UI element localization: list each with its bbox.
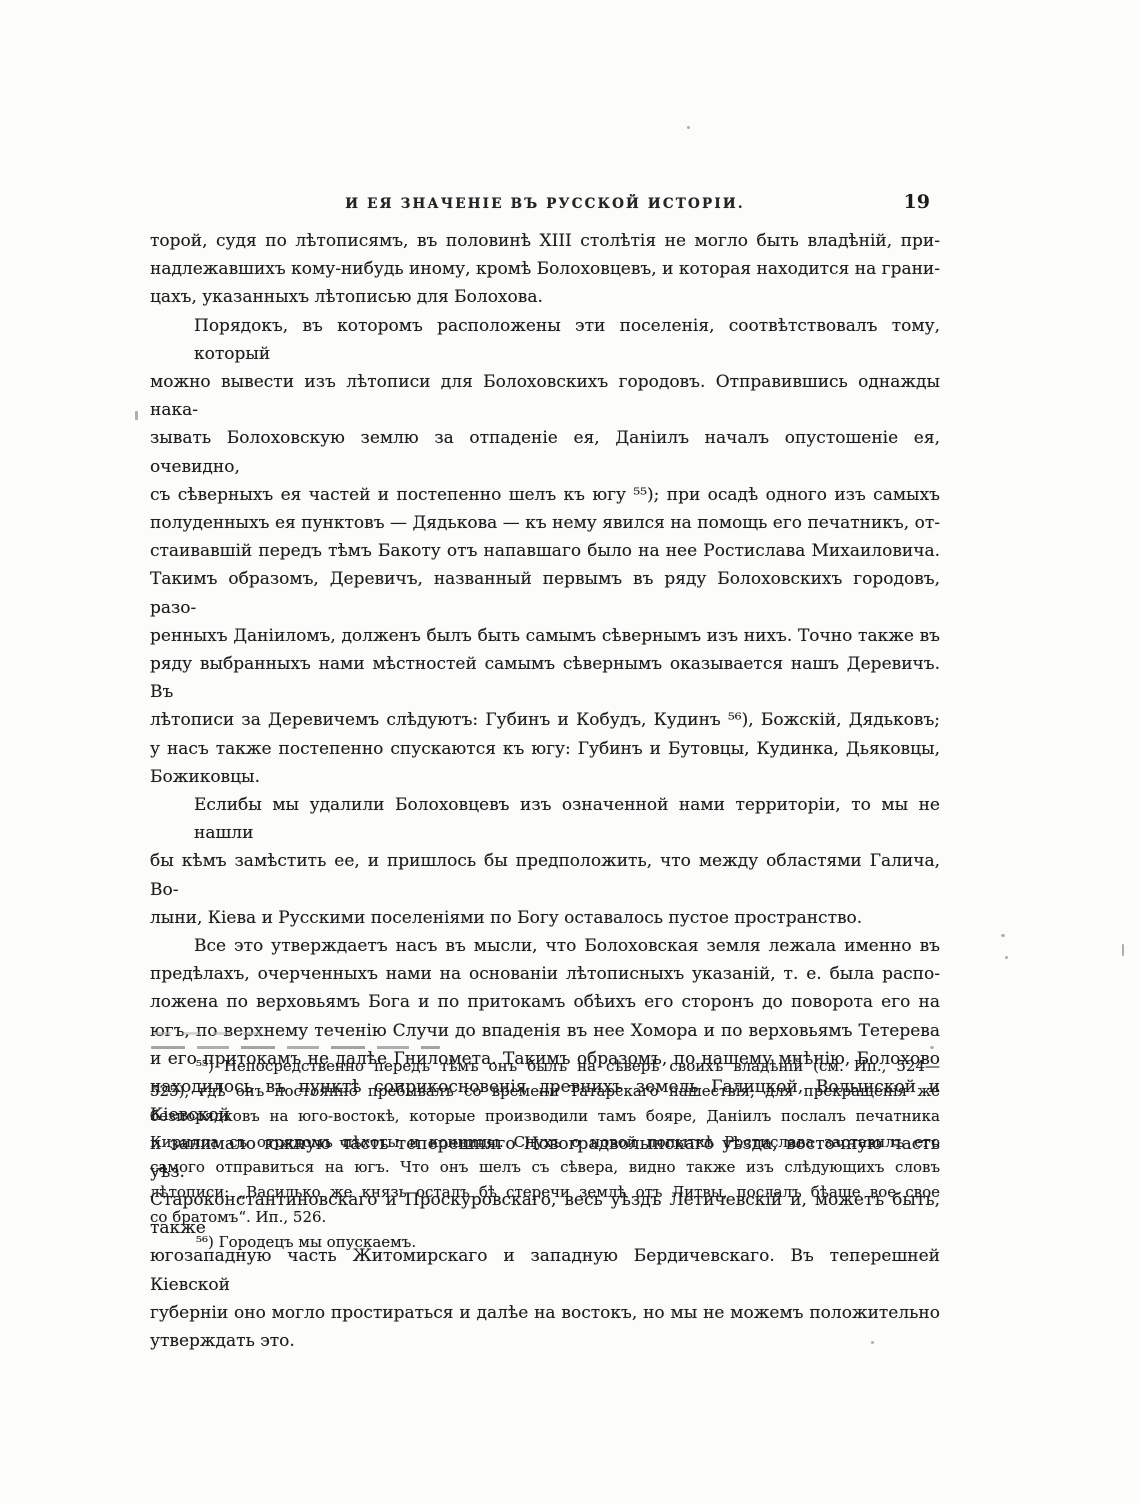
text-line: полуденныхъ ея пунктовъ — Дядькова — къ … [150,509,940,537]
text-line: безпорядковъ на юго-востокѣ, которые про… [150,1104,940,1129]
scan-speck [135,411,138,420]
text-line: со братомъ“. Ип., 526. [150,1205,940,1230]
text-line: Такимъ образомъ, Деревичъ, названный пер… [150,565,940,621]
text-line: ренныхъ Даніиломъ, долженъ былъ быть сам… [150,622,940,650]
text-line: зывать Болоховскую землю за отпаденіе ея… [150,424,940,480]
page: И ЕЯ ЗНАЧЕНІЕ ВЪ РУССКОЙ ИСТОРІИ. 19 тор… [0,0,1140,1503]
scan-smudge [153,1032,273,1035]
text-line: цахъ, указанныхъ лѣтописью для Болохова. [150,283,940,311]
scan-speck [930,1046,934,1049]
text-line: лыни, Кіева и Русскими поселеніями по Бо… [150,904,940,932]
footnotes: ⁵⁵) Непосредственно передъ тѣмъ онъ былъ… [150,1054,940,1256]
text-line: торой, судя по лѣтописямъ, въ половинѣ X… [150,227,940,255]
text-line: стаивавшій передъ тѣмъ Бакоту отъ напавш… [150,537,940,565]
text-line: югъ, по верхнему теченію Случи до впаден… [150,1017,940,1045]
text-line: самого отправиться на югъ. Что онъ шелъ … [150,1155,940,1180]
scan-speck [1122,944,1124,956]
text-line: Кирилла съ отрядомъ пѣхоты и конницы. Сл… [150,1130,940,1155]
para: Еслибы мы удалили Болоховцевъ изъ означе… [150,791,940,932]
text-line: лѣтописи за Деревичемъ слѣдуютъ: Губинъ … [150,706,940,734]
scan-speck [1001,934,1005,937]
scanned-book-page: { "colors": { "paper": "#fcfcfb", "ink":… [0,0,1140,1503]
text-line: лѣтописи: „Василько же князь осталъ бѣ с… [150,1180,940,1205]
para: торой, судя по лѣтописямъ, въ половинѣ X… [150,227,940,312]
footnote-separator [151,1046,440,1049]
text-line: Все это утверждаетъ насъ въ мысли, что Б… [150,932,940,960]
text-line: съ сѣверныхъ ея частей и постепенно шелъ… [150,481,940,509]
text-line: Еслибы мы удалили Болоховцевъ изъ означе… [150,791,940,847]
scan-speck [871,1341,874,1344]
text-line: Порядокъ, въ которомъ расположены эти по… [150,312,940,368]
text-line: бы кѣмъ замѣстить ее, и пришлось бы пред… [150,847,940,903]
text-line: у насъ также постепенно спускаются къ юг… [150,735,940,763]
footnote: ⁵⁶) Городецъ мы опускаемъ. [150,1230,940,1255]
scan-speck [687,126,690,129]
footnote: ⁵⁵) Непосредственно передъ тѣмъ онъ былъ… [150,1054,940,1230]
text-line: ⁵⁵) Непосредственно передъ тѣмъ онъ былъ… [150,1054,940,1079]
text-line: губерніи оно могло простираться и далѣе … [150,1299,940,1327]
scan-speck [1005,956,1008,959]
text-line: предѣлахъ, очерченныхъ нами на основаніи… [150,960,940,988]
text-line: ряду выбранныхъ нами мѣстностей самымъ с… [150,650,940,706]
page-number: 19 [904,191,930,213]
text-line: утверждать это. [150,1327,940,1355]
text-line: ложена по верховьямъ Бога и по притокамъ… [150,988,940,1016]
running-title: И ЕЯ ЗНАЧЕНІЕ ВЪ РУССКОЙ ИСТОРІИ. [150,196,940,212]
text-line: ⁵⁶) Городецъ мы опускаемъ. [150,1230,940,1255]
para: Порядокъ, въ которомъ расположены эти по… [150,312,940,791]
running-header: И ЕЯ ЗНАЧЕНІЕ ВЪ РУССКОЙ ИСТОРІИ. 19 [150,194,940,218]
text-line: надлежавшихъ кому-нибудь иному, кромѣ Бо… [150,255,940,283]
text-line: Божиковцы. [150,763,940,791]
text-line: 525), гдѣ онъ постоянно пребывалъ со вре… [150,1079,940,1104]
text-line: можно вывести изъ лѣтописи для Болоховск… [150,368,940,424]
